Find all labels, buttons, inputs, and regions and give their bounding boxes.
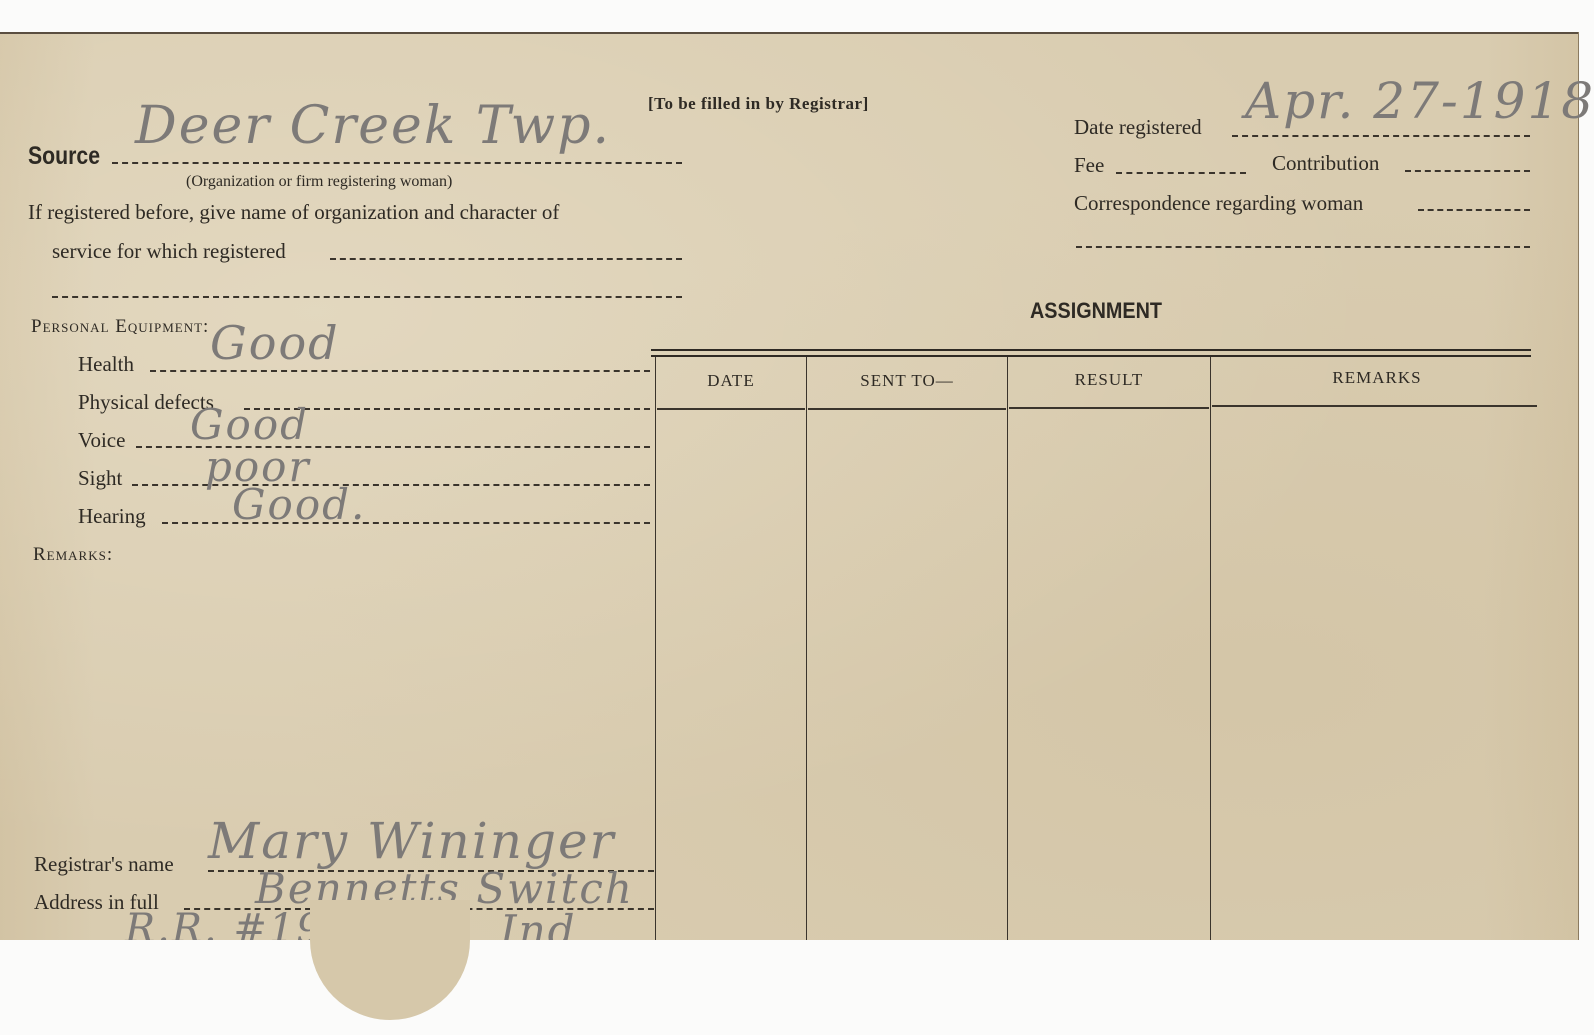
health-value[interactable]: Good	[210, 316, 340, 370]
registrar-name-value[interactable]: Mary Wininger	[208, 812, 615, 870]
voice-label: Voice	[78, 428, 125, 453]
health-label: Health	[78, 352, 134, 377]
correspondence-line-2	[1076, 246, 1530, 248]
registrar-note: [To be filled in by Registrar]	[648, 94, 869, 114]
column-header-sent-to: SENT TO—	[807, 371, 1007, 391]
contribution-label: Contribution	[1272, 151, 1379, 176]
table-divider-2	[1007, 357, 1008, 944]
source-line	[112, 162, 682, 164]
registration-card: [To be filled in by Registrar] Source De…	[0, 32, 1578, 959]
date-registered-line	[1232, 135, 1530, 137]
source-sublabel: (Organization or firm registering woman)	[186, 173, 452, 191]
paper-overlay	[0, 940, 1594, 1035]
sight-label: Sight	[78, 466, 122, 491]
hearing-value[interactable]: Good.	[232, 480, 366, 529]
registered-before-line-1	[330, 258, 682, 260]
hearing-label: Hearing	[78, 504, 146, 529]
table-header-rule-3	[1009, 407, 1209, 409]
source-value[interactable]: Deer Creek Twp.	[135, 96, 611, 156]
date-registered-value[interactable]: Apr. 27-1918	[1245, 72, 1594, 130]
table-divider-1	[806, 357, 807, 944]
registered-before-label-2: service for which registered	[52, 239, 286, 264]
table-header-rule-1	[657, 408, 805, 410]
personal-equipment-heading: Personal Equipment:	[31, 316, 209, 338]
remarks-label: Remarks:	[33, 544, 113, 566]
table-border-left	[655, 357, 656, 944]
health-line	[150, 370, 650, 372]
date-registered-label: Date registered	[1074, 115, 1202, 140]
contribution-line	[1405, 170, 1530, 172]
column-header-date: DATE	[656, 371, 806, 391]
table-divider-3	[1210, 357, 1211, 944]
correspondence-line-1	[1418, 209, 1530, 211]
source-label: Source	[28, 142, 100, 171]
fee-line	[1116, 172, 1246, 174]
table-header-rule-2	[808, 408, 1006, 410]
fee-label: Fee	[1074, 153, 1104, 178]
column-header-result: RESULT	[1008, 370, 1210, 390]
registered-before-label-1: If registered before, give name of organ…	[28, 200, 559, 225]
correspondence-label: Correspondence regarding woman	[1074, 191, 1363, 216]
registered-before-line-2	[52, 296, 682, 298]
table-header-rule-4	[1212, 405, 1537, 407]
column-header-remarks: REMARKS	[1211, 368, 1543, 388]
assignment-title: ASSIGNMENT	[1030, 298, 1162, 324]
assignment-double-rule	[651, 349, 1531, 357]
registrar-name-label: Registrar's name	[34, 852, 174, 877]
